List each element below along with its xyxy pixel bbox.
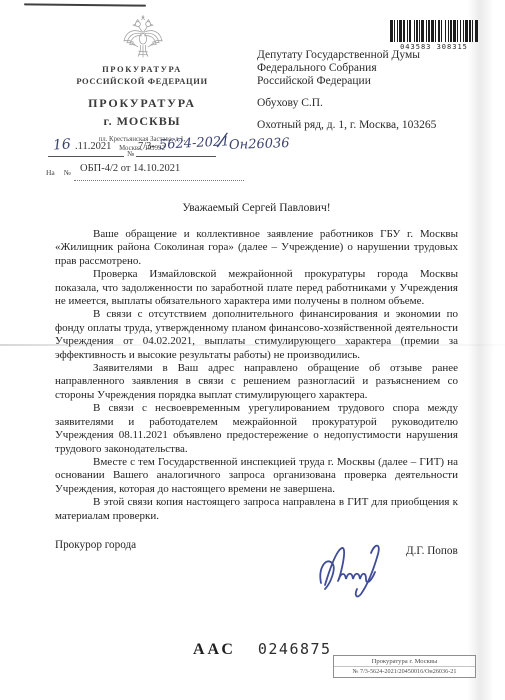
- letterhead-office-line2: г. МОСКВЫ: [30, 114, 254, 129]
- reply-to-value: ОБП-4/2 от 14.10.2021: [80, 163, 180, 174]
- reply-underline: [74, 180, 244, 181]
- letterhead-office-line1: ПРОКУРАТУРА: [30, 96, 254, 111]
- salutation: Уважаемый Сергей Павлович!: [55, 202, 458, 214]
- signer-position-title: Прокурор города: [55, 539, 136, 551]
- date-underline: [48, 156, 124, 157]
- recipient-address: Охотный ряд, д. 1, г. Москва, 103265: [257, 119, 492, 132]
- body-paragraph: В связи с несвоевременным урегулирование…: [55, 402, 458, 456]
- number-sign: №: [127, 149, 134, 158]
- letterhead-org-line2: РОССИЙСКОЙ ФЕДЕРАЦИИ: [30, 76, 254, 86]
- barcode-bars: [390, 20, 478, 42]
- scanned-letter-page: ПРОКУРАТУРА РОССИЙСКОЙ ФЕДЕРАЦИИ ПРОКУРА…: [0, 0, 505, 700]
- body-paragraph: Проверка Измайловской межрайонной прокур…: [55, 268, 458, 308]
- stamp-number-line: № 7/3-5624-2021/20450016/Он26036-21: [334, 667, 475, 677]
- serial-prefix: ААС: [193, 641, 236, 659]
- recipient-name: Обухову С.П.: [257, 97, 492, 110]
- outgoing-number-printed: 7/3-: [138, 141, 155, 152]
- serial-number: 0246875: [258, 640, 332, 658]
- stamp-org-line: Прокуратура г. Москвы: [334, 656, 475, 667]
- body-paragraph: Вместе с тем Государственной инспекцией …: [55, 456, 458, 496]
- body-paragraph: В связи с отсутствием дополнительного фи…: [55, 308, 458, 362]
- scan-artifact-line: [24, 3, 146, 6]
- signer-name: Д.Г. Попов: [406, 545, 458, 557]
- number-underline: [136, 156, 216, 157]
- blank-serial: ААС 0246875: [193, 640, 332, 659]
- tracking-barcode: 043583 308315: [390, 20, 478, 51]
- date-printed: .11.2021: [75, 141, 111, 152]
- double-eagle-emblem-icon: [121, 13, 165, 63]
- case-number-handwritten: Он26036: [229, 136, 290, 153]
- letterhead-org-line1: ПРОКУРАТУРА: [30, 64, 254, 74]
- recipient-line3: Российской Федерации: [257, 75, 492, 88]
- date-day-handwritten: 16: [52, 136, 71, 153]
- body-paragraph: Ваше обращение и коллективное заявление …: [55, 228, 458, 268]
- signature-scribble: [313, 537, 405, 609]
- recipient-line1: Депутату Государственной Думы: [257, 49, 492, 62]
- recipient-block: Депутату Государственной Думы Федерально…: [257, 49, 492, 132]
- recipient-line2: Федерального Собрания: [257, 62, 492, 75]
- registration-stamp: Прокуратура г. Москвы № 7/3-5624-2021/20…: [333, 655, 476, 678]
- body-paragraph: Заявителями в Ваш адрес направлено обращ…: [55, 362, 458, 402]
- letter-body: Ваше обращение и коллективное заявление …: [55, 228, 458, 523]
- reply-to-label: На №: [46, 168, 71, 177]
- body-paragraph: В этой связи копия настоящего запроса на…: [55, 496, 458, 523]
